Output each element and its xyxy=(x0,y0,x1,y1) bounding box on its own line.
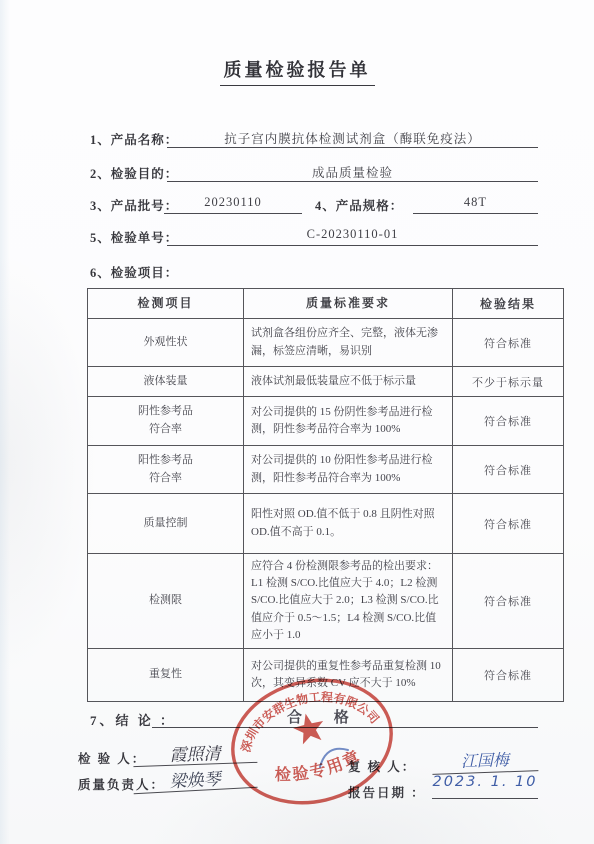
field-report-no-label: 5、检验单号： xyxy=(90,228,178,246)
field-spec-label: 4、产品规格： xyxy=(315,196,403,214)
item-name: 液体装量 xyxy=(88,367,244,397)
field-report-no-value: C-20230110-01 xyxy=(167,227,538,246)
item-result: 符合标准 xyxy=(453,319,564,367)
field-purpose-value: 成品质量检验 xyxy=(167,163,538,182)
field-product-name-value: 抗子宫内膜抗体检测试剂盒（酶联免疫法） xyxy=(167,129,538,148)
star-icon xyxy=(291,710,328,746)
item-result: 不少于标示量 xyxy=(453,367,564,397)
item-requirement: 对公司提供的 15 份阴性参考品进行检测，阴性参考品符合率为 100% xyxy=(244,397,453,446)
item-requirement: 对公司提供的 10 份阳性参考品进行检测，阳性参考品符合率为 100% xyxy=(244,446,453,494)
inspection-table: 检测项目 质量标准要求 检验结果 外观性状 试剂盒各组份应齐全、完整，液体无渗漏… xyxy=(87,288,564,702)
item-result: 符合标准 xyxy=(453,397,564,446)
reviewer-signature: 江国梅 xyxy=(432,746,539,775)
table-row: 质量控制 阳性对照 OD.值不低于 0.8 且阴性对照 OD.值不高于 0.1。… xyxy=(88,494,564,554)
field-product-name-label: 1、产品名称： xyxy=(90,130,178,148)
col-header-requirement: 质量标准要求 xyxy=(244,289,453,319)
item-result: 符合标准 xyxy=(453,649,564,702)
section-items-label: 6、检验项目： xyxy=(90,263,178,281)
seal-caption-text: 检验专用章 xyxy=(271,745,366,790)
field-batch-value: 20230110 xyxy=(164,195,302,214)
table-row: 检测限 应符合 4 份检测限参考品的检出要求：L1 检测 S/CO.比值应大于 … xyxy=(88,554,564,649)
report-date-value: 2023. 1. 10 xyxy=(432,774,538,799)
field-purpose-label: 2、检验目的： xyxy=(90,164,178,182)
table-header-row: 检测项目 质量标准要求 检验结果 xyxy=(88,289,564,319)
col-header-result: 检验结果 xyxy=(453,289,564,319)
field-spec-value: 48T xyxy=(413,195,538,214)
item-name: 外观性状 xyxy=(88,319,244,367)
col-header-item: 检测项目 xyxy=(88,289,244,319)
item-result: 符合标准 xyxy=(453,494,564,554)
table-row: 阳性参考品 符合率 对公司提供的 10 份阳性参考品进行检测，阳性参考品符合率为… xyxy=(88,446,564,494)
item-result: 符合标准 xyxy=(453,446,564,494)
item-name: 阳性参考品 符合率 xyxy=(88,446,244,494)
table-row: 液体装量 液体试剂最低装量应不低于标示量 不少于标示量 xyxy=(88,367,564,397)
item-name: 质量控制 xyxy=(88,494,244,554)
item-requirement: 液体试剂最低装量应不低于标示量 xyxy=(244,367,453,397)
table-row: 外观性状 试剂盒各组份应齐全、完整，液体无渗漏，标签应清晰，易识别 符合标准 xyxy=(88,319,564,367)
item-requirement: 应符合 4 份检测限参考品的检出要求：L1 检测 S/CO.比值应大于 4.0；… xyxy=(244,554,453,649)
table-row: 阴性参考品 符合率 对公司提供的 15 份阴性参考品进行检测，阴性参考品符合率为… xyxy=(88,397,564,446)
item-result: 符合标准 xyxy=(453,554,564,649)
report-page: 质量检验报告单 1、产品名称： 抗子宫内膜抗体检测试剂盒（酶联免疫法） 2、检验… xyxy=(0,0,594,844)
page-title: 质量检验报告单 xyxy=(0,56,594,86)
item-requirement: 试剂盒各组份应齐全、完整，液体无渗漏，标签应清晰，易识别 xyxy=(244,319,453,367)
item-name: 检测限 xyxy=(88,554,244,649)
item-requirement: 阳性对照 OD.值不低于 0.8 且阴性对照 OD.值不高于 0.1。 xyxy=(244,494,453,554)
item-name: 阴性参考品 符合率 xyxy=(88,397,244,446)
